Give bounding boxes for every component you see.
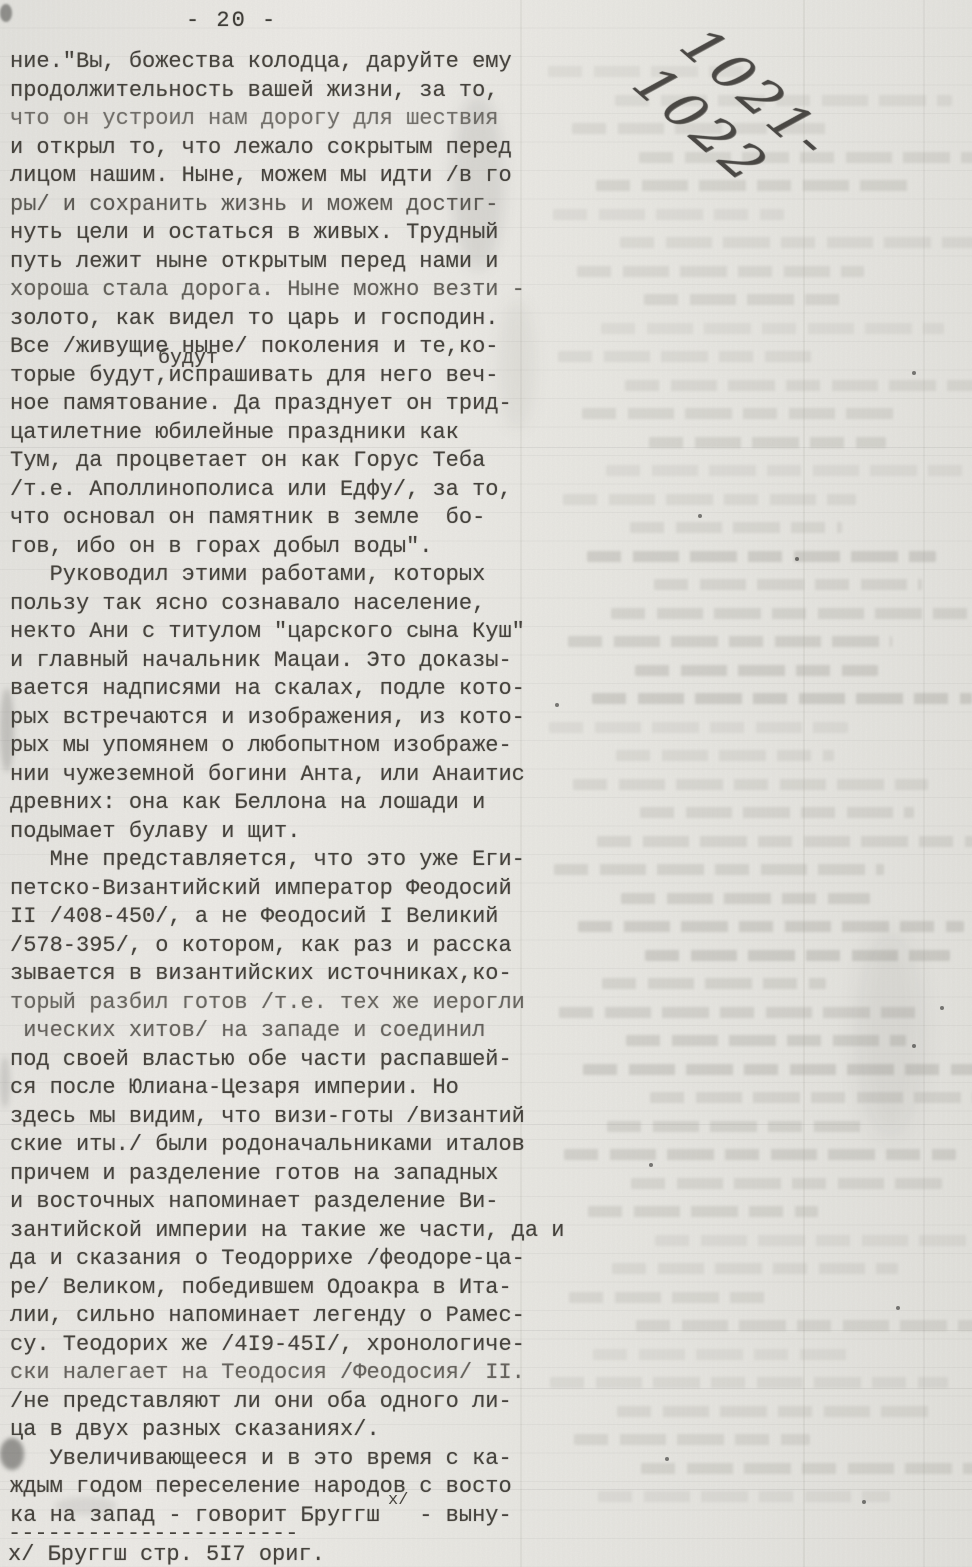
text-line: Тум, да процветает он как Горус Теба — [10, 447, 576, 476]
text-line: лии, сильно напоминает легенду о Рамес- — [10, 1302, 576, 1331]
text-line: гов, ибо он в горах добыл воды". — [10, 533, 576, 562]
bleedthrough-line — [649, 437, 886, 448]
bleedthrough-line — [558, 351, 820, 362]
text-line: вается надписями на скалах, подле кото- — [10, 675, 576, 704]
text-line: торые будут,испрашивать для него веч- — [10, 362, 576, 391]
text-line: ических хитов/ на западе и соединил — [10, 1017, 576, 1046]
bleedthrough-line — [592, 693, 972, 704]
bleedthrough-line — [568, 636, 892, 647]
bleedthrough-text — [548, 66, 966, 1520]
bleedthrough-line — [574, 1434, 810, 1445]
bleedthrough-line — [564, 1149, 956, 1160]
bleedthrough-line — [606, 465, 972, 476]
bleedthrough-line — [569, 1292, 774, 1303]
bleedthrough-line — [625, 380, 972, 391]
bleedthrough-line — [640, 807, 914, 818]
text-line: Руководил этими работами, которых — [10, 561, 576, 590]
text-line: нуть цели и остаться в живых. Трудный — [10, 219, 576, 248]
bleedthrough-line — [583, 1064, 972, 1075]
body-text: ние."Вы, божества колодца, даруйте емупр… — [10, 48, 576, 1530]
footnote-marker: х/ — [388, 1491, 408, 1510]
text-line: да и сказания о Теодоррихе /феодоре-ца- — [10, 1245, 576, 1274]
text-line: продолжительность вашей жизни, за то, — [10, 77, 576, 106]
bleedthrough-line — [573, 779, 928, 790]
text-line: что он устроил нам дорогу для шествия — [10, 105, 576, 134]
ink-speck — [698, 514, 702, 518]
text-line: /578-395/, о котором, как раз и расска — [10, 932, 576, 961]
bleedthrough-line — [630, 522, 842, 533]
scan-streak — [923, 0, 925, 1567]
bleedthrough-line — [587, 551, 936, 562]
document-page: - 20 - 1021-1022 ние."Вы, божества колод… — [0, 0, 972, 1567]
text-line: нии чужеземной богини Анта, или Анаитис — [10, 761, 576, 790]
text-line: и главный начальник Мацаи. Это доказы- — [10, 647, 576, 676]
text-line: ские иты./ были родоначальниками италов — [10, 1131, 576, 1160]
text-line: цатилетние юбилейные праздники как — [10, 419, 576, 448]
bleedthrough-line — [577, 266, 864, 277]
text-line: ся после Юлиана-Цезаря империи. Но — [10, 1074, 576, 1103]
text-line: петско-Византийский император Феодосий — [10, 875, 576, 904]
stain — [855, 930, 925, 1140]
text-line: зантийской империи на такие же части, да… — [10, 1217, 576, 1246]
text-line: причем и разделение готов на западных — [10, 1160, 576, 1189]
bleedthrough-line — [601, 323, 944, 334]
text-line: подымает булаву и щит. — [10, 818, 576, 847]
bleedthrough-line — [578, 921, 964, 932]
text-line: что основал он памятник в земле бо- — [10, 504, 576, 533]
text-line: ры/ и сохранить жизнь и можем достиг- — [10, 191, 576, 220]
ink-speck — [795, 557, 799, 561]
footnote: х/ Бруггш стр. 5I7 ориг. — [8, 1542, 325, 1567]
text-line: Мне представляется, что это уже Еги- — [10, 846, 576, 875]
bleedthrough-line — [582, 408, 900, 419]
text-line: под своей властью обе части распавшей- — [10, 1046, 576, 1075]
bleedthrough-line — [598, 1491, 890, 1502]
bleedthrough-line — [550, 1377, 948, 1388]
text-line: торый разбил готов /т.е. тех же иерогли — [10, 989, 576, 1018]
bleedthrough-line — [611, 608, 972, 619]
text-line: ное памятование. Да празднует он трид- — [10, 390, 576, 419]
ink-speck — [940, 1006, 944, 1010]
text-line: ждым годом переселение народов с восто — [10, 1473, 576, 1502]
text-line: некто Ани с титулом "царского сына Куш" — [10, 618, 576, 647]
bleedthrough-line — [612, 1263, 898, 1274]
ink-speck — [665, 1457, 669, 1461]
text-line: пользу так ясно сознавало население, — [10, 590, 576, 619]
page-number: - 20 - — [186, 8, 277, 33]
bleedthrough-line — [631, 1178, 942, 1189]
bleedthrough-line — [644, 294, 850, 305]
text-line: су. Теодорих же /4I9-45I/, хронологиче- — [10, 1331, 576, 1360]
text-line: ре/ Великом, победившем Одоакра в Ита- — [10, 1274, 576, 1303]
text-line: ца в двух разных сказаниях/. — [10, 1416, 576, 1445]
text-line: золото, как видел то царь и господин. — [10, 305, 576, 334]
bleedthrough-line — [621, 893, 870, 904]
bleedthrough-line — [635, 665, 878, 676]
bleedthrough-line — [588, 1206, 818, 1217]
ink-speck — [912, 1044, 916, 1048]
text-line: /не представляют ли они оба одного ли- — [10, 1388, 576, 1417]
text-line: II /408-450/, а не Феодосий I Великий — [10, 903, 576, 932]
text-line: Увеличивающееся и в это время с ка- — [10, 1445, 576, 1474]
ink-speck — [912, 371, 916, 375]
stain — [0, 1056, 10, 1108]
bleedthrough-line — [553, 209, 784, 220]
stain — [0, 4, 12, 22]
bleedthrough-line — [645, 950, 950, 961]
text-line: здесь мы видим, что визи-готы /византий — [10, 1103, 576, 1132]
ink-speck — [862, 1500, 866, 1504]
text-line: и открыл то, что лежало сокрытым перед — [10, 134, 576, 163]
text-line: лицом нашим. Ныне, можем мы идти /в го — [10, 162, 576, 191]
text-line: зывается в византийских источниках,ко- — [10, 960, 576, 989]
ink-speck — [649, 1163, 653, 1167]
bleedthrough-line — [617, 1406, 934, 1417]
bleedthrough-line — [597, 836, 972, 847]
text-line: древних: она как Беллона на лошади и — [10, 789, 576, 818]
bleedthrough-line — [607, 1121, 862, 1132]
bleedthrough-line — [616, 750, 834, 761]
bleedthrough-line — [654, 579, 922, 590]
interlinear-insertion: будут — [158, 347, 218, 370]
bleedthrough-line — [602, 978, 826, 989]
bleedthrough-line — [554, 864, 884, 875]
text-line: ние."Вы, божества колодца, даруйте ему — [10, 48, 576, 77]
bleedthrough-line — [563, 494, 856, 505]
text-line: рых мы упомянем о любопытном изображе- — [10, 732, 576, 761]
handwritten-annotation: 1021-1022 — [619, 18, 908, 264]
text-line: и восточных напоминает разделение Ви- — [10, 1188, 576, 1217]
text-line: ски налегает на Теодосия /Феодосия/ II. — [10, 1359, 576, 1388]
text-line: /т.е. Аполлинополиса или Едфу/, за то, — [10, 476, 576, 505]
text-line: хороша стала дорога. Ныне можно везти - — [10, 276, 576, 305]
bleedthrough-line — [626, 1035, 906, 1046]
bleedthrough-line — [559, 1007, 920, 1018]
text-line: рых встречаются и изображения, из кото- — [10, 704, 576, 733]
text-line: Все /живущие ныне/ поколения и те,ко- — [10, 333, 576, 362]
ink-speck — [896, 1306, 900, 1310]
text-line: путь лежит ныне открытым перед нами и — [10, 248, 576, 277]
bleedthrough-line — [593, 1349, 854, 1360]
